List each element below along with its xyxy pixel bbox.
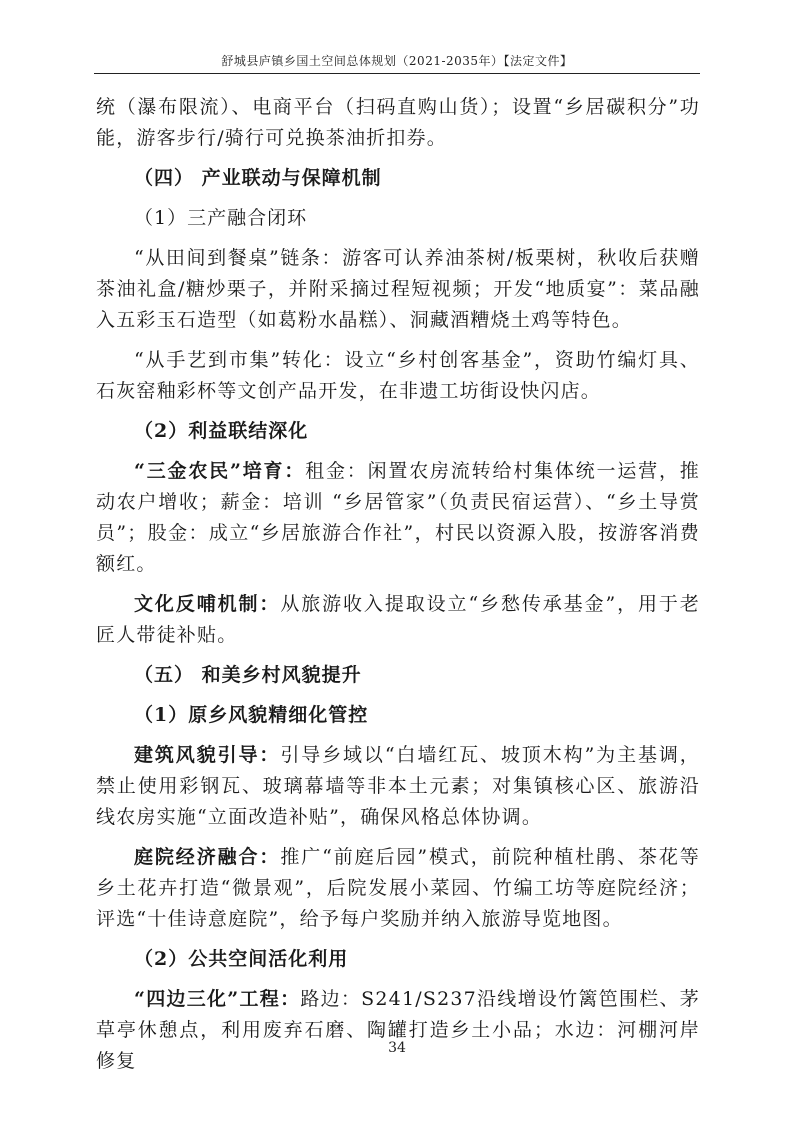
running-header: 舒城县庐镇乡国土空间总体规划（2021-2035年）【法定文件】 xyxy=(94,52,700,69)
paragraph-architecture-guidance: 建筑风貌引导：引导乡域以“白墙红瓦、坡顶木构”为主基调，禁止使用彩钢瓦、玻璃幕墙… xyxy=(96,740,700,833)
paragraph-farm-to-table: “从田间到餐桌”链条：游客可认养油茶树/板栗树，秋收后获赠茶油礼盒/糖炒栗子，并… xyxy=(96,243,700,336)
header-divider xyxy=(94,73,700,74)
page-number: 34 xyxy=(0,1040,794,1056)
paragraph-culture-feedback: 文化反哺机制：从旅游收入提取设立“乡愁传承基金”，用于老匠人带徒补贴。 xyxy=(96,589,700,651)
paragraph-craft-to-market: “从手艺到市集”转化：设立“乡村创客基金”，资助竹编灯具、石灰窑釉彩杯等文创产品… xyxy=(96,345,700,407)
subsection-heading-4-1: （1）三产融合闭环 xyxy=(96,203,700,234)
paragraph-three-income-farmers: “三金农民”培育：租金：闲置农房流转给村集体统一运营，推动农户增收；薪金：培训 … xyxy=(96,456,700,580)
paragraph-courtyard-economy: 庭院经济融合：推广“前庭后园”模式，前院种植杜鹃、茶花等乡土花卉打造“微景观”，… xyxy=(96,842,700,935)
paragraph-carbon-points: 统（瀑布限流）、电商平台（扫码直购山货）；设置“乡居碳积分”功能，游客步行/骑行… xyxy=(96,92,700,154)
subsection-heading-4-2: （2）利益联结深化 xyxy=(96,416,700,447)
lead-term: “四边三化”工程： xyxy=(134,988,300,1010)
lead-term: 建筑风貌引导： xyxy=(134,744,280,766)
document-body: 统（瀑布限流）、电商平台（扫码直购山货）；设置“乡居碳积分”功能，游客步行/骑行… xyxy=(96,92,700,1086)
subsection-heading-5-2: （2）公共空间活化利用 xyxy=(96,944,700,975)
paragraph-four-sides-project: “四边三化”工程：路边：S241/S237沿线增设竹篱笆围栏、茅草亭休憩点，利用… xyxy=(96,984,700,1077)
lead-term: “三金农民”培育： xyxy=(134,460,305,482)
section-heading-5: （五） 和美乡村风貌提升 xyxy=(96,660,700,691)
lead-term: 庭院经济融合： xyxy=(134,846,280,868)
section-heading-4: （四） 产业联动与保障机制 xyxy=(96,163,700,194)
subsection-heading-5-1: （1）原乡风貌精细化管控 xyxy=(96,700,700,731)
lead-term: 文化反哺机制： xyxy=(134,593,280,615)
